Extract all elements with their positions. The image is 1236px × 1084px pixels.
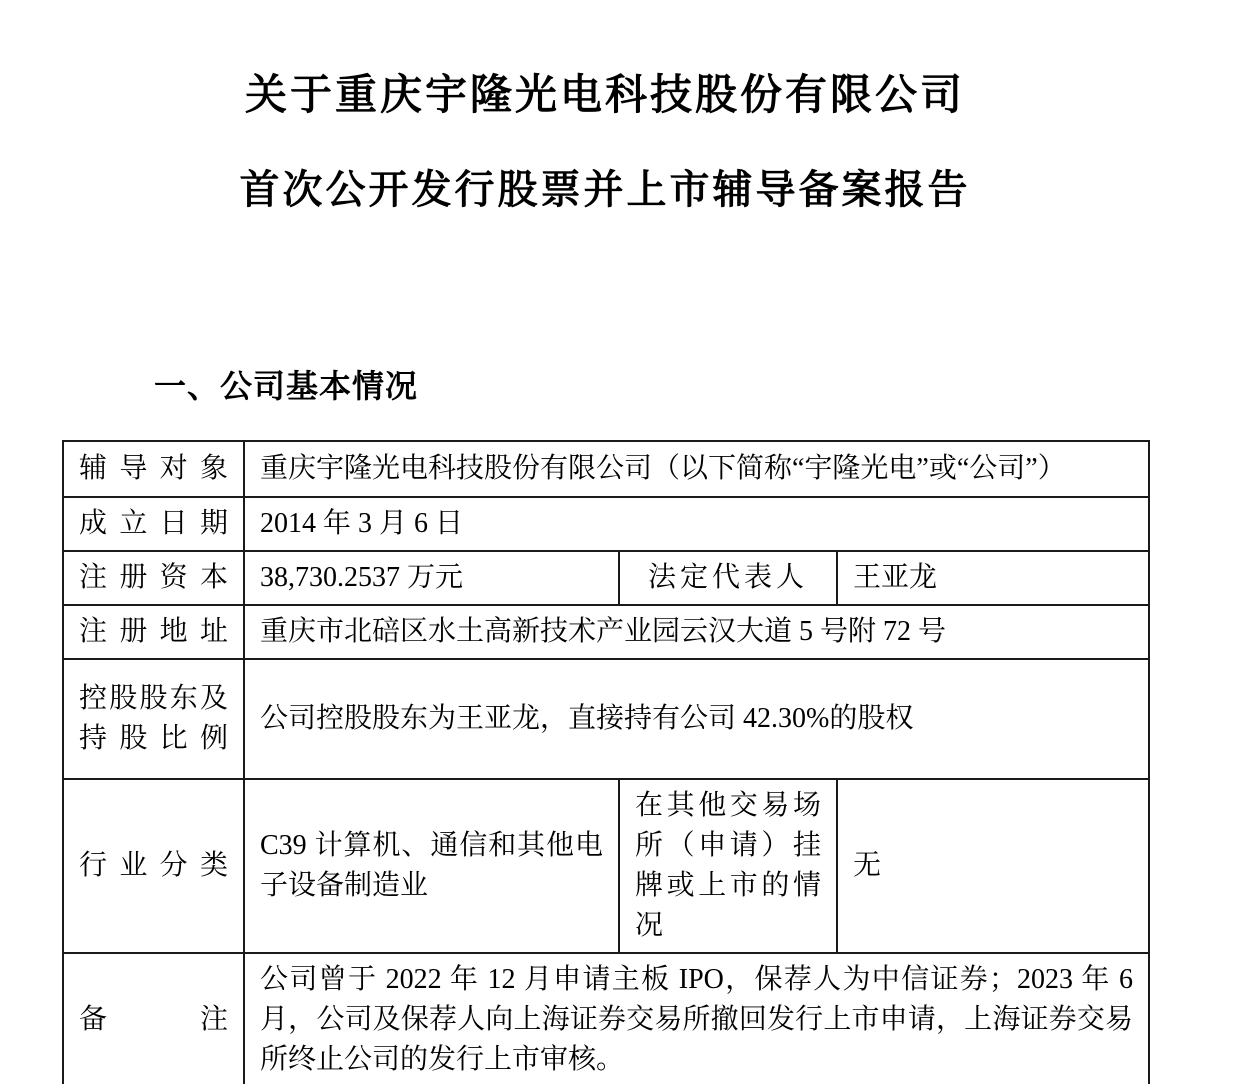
- company-info-table: 辅导对象 重庆宇隆光电科技股份有限公司（以下简称“宇隆光电”或“公司”） 成立日…: [62, 440, 1150, 1084]
- table-row-controlling-shareholder: 控股股东及持股比例 公司控股股东为王亚龙，直接持有公司 42.30%的股权: [63, 659, 1149, 779]
- label-other-trading-venues: 在其他交易场所（申请）挂牌或上市的情况: [619, 779, 837, 953]
- label-guidance-target: 辅导对象: [63, 441, 244, 497]
- value-registered-capital: 38,730.2537 万元: [244, 551, 619, 605]
- value-registered-address: 重庆市北碚区水土高新技术产业园云汉大道 5 号附 72 号: [244, 605, 1149, 659]
- value-remarks: 公司曾于 2022 年 12 月申请主板 IPO，保荐人为中信证券；2023 年…: [244, 953, 1149, 1084]
- table-row-registered-capital: 注册资本 38,730.2537 万元 法定代表人 王亚龙: [63, 551, 1149, 605]
- table-row-establishment-date: 成立日期 2014 年 3 月 6 日: [63, 497, 1149, 551]
- table-row-remarks: 备注 公司曾于 2022 年 12 月申请主板 IPO，保荐人为中信证券；202…: [63, 953, 1149, 1084]
- value-guidance-target: 重庆宇隆光电科技股份有限公司（以下简称“宇隆光电”或“公司”）: [244, 441, 1149, 497]
- value-legal-representative: 王亚龙: [837, 551, 1149, 605]
- label-registered-capital: 注册资本: [63, 551, 244, 605]
- value-industry-classification: C39 计算机、通信和其他电子设备制造业: [244, 779, 619, 953]
- label-legal-representative: 法定代表人: [619, 551, 837, 605]
- label-registered-address: 注册地址: [63, 605, 244, 659]
- table-row-industry-classification: 行业分类 C39 计算机、通信和其他电子设备制造业 在其他交易场所（申请）挂牌或…: [63, 779, 1149, 953]
- document-title-line2: 首次公开发行股票并上市辅导备案报告: [62, 166, 1148, 214]
- value-establishment-date: 2014 年 3 月 6 日: [244, 497, 1149, 551]
- document-title-line1: 关于重庆宇隆光电科技股份有限公司: [62, 72, 1148, 120]
- value-controlling-shareholder: 公司控股股东为王亚龙，直接持有公司 42.30%的股权: [244, 659, 1149, 779]
- value-other-trading-venues: 无: [837, 779, 1149, 953]
- label-establishment-date: 成立日期: [63, 497, 244, 551]
- section-heading-company-basic-info: 一、公司基本情况: [62, 366, 1148, 406]
- document-page: 关于重庆宇隆光电科技股份有限公司 首次公开发行股票并上市辅导备案报告 一、公司基…: [62, 0, 1148, 1084]
- table-row-registered-address: 注册地址 重庆市北碚区水土高新技术产业园云汉大道 5 号附 72 号: [63, 605, 1149, 659]
- label-remarks: 备注: [63, 953, 244, 1084]
- label-industry-classification: 行业分类: [63, 779, 244, 953]
- table-row-guidance-target: 辅导对象 重庆宇隆光电科技股份有限公司（以下简称“宇隆光电”或“公司”）: [63, 441, 1149, 497]
- label-controlling-shareholder: 控股股东及持股比例: [63, 659, 244, 779]
